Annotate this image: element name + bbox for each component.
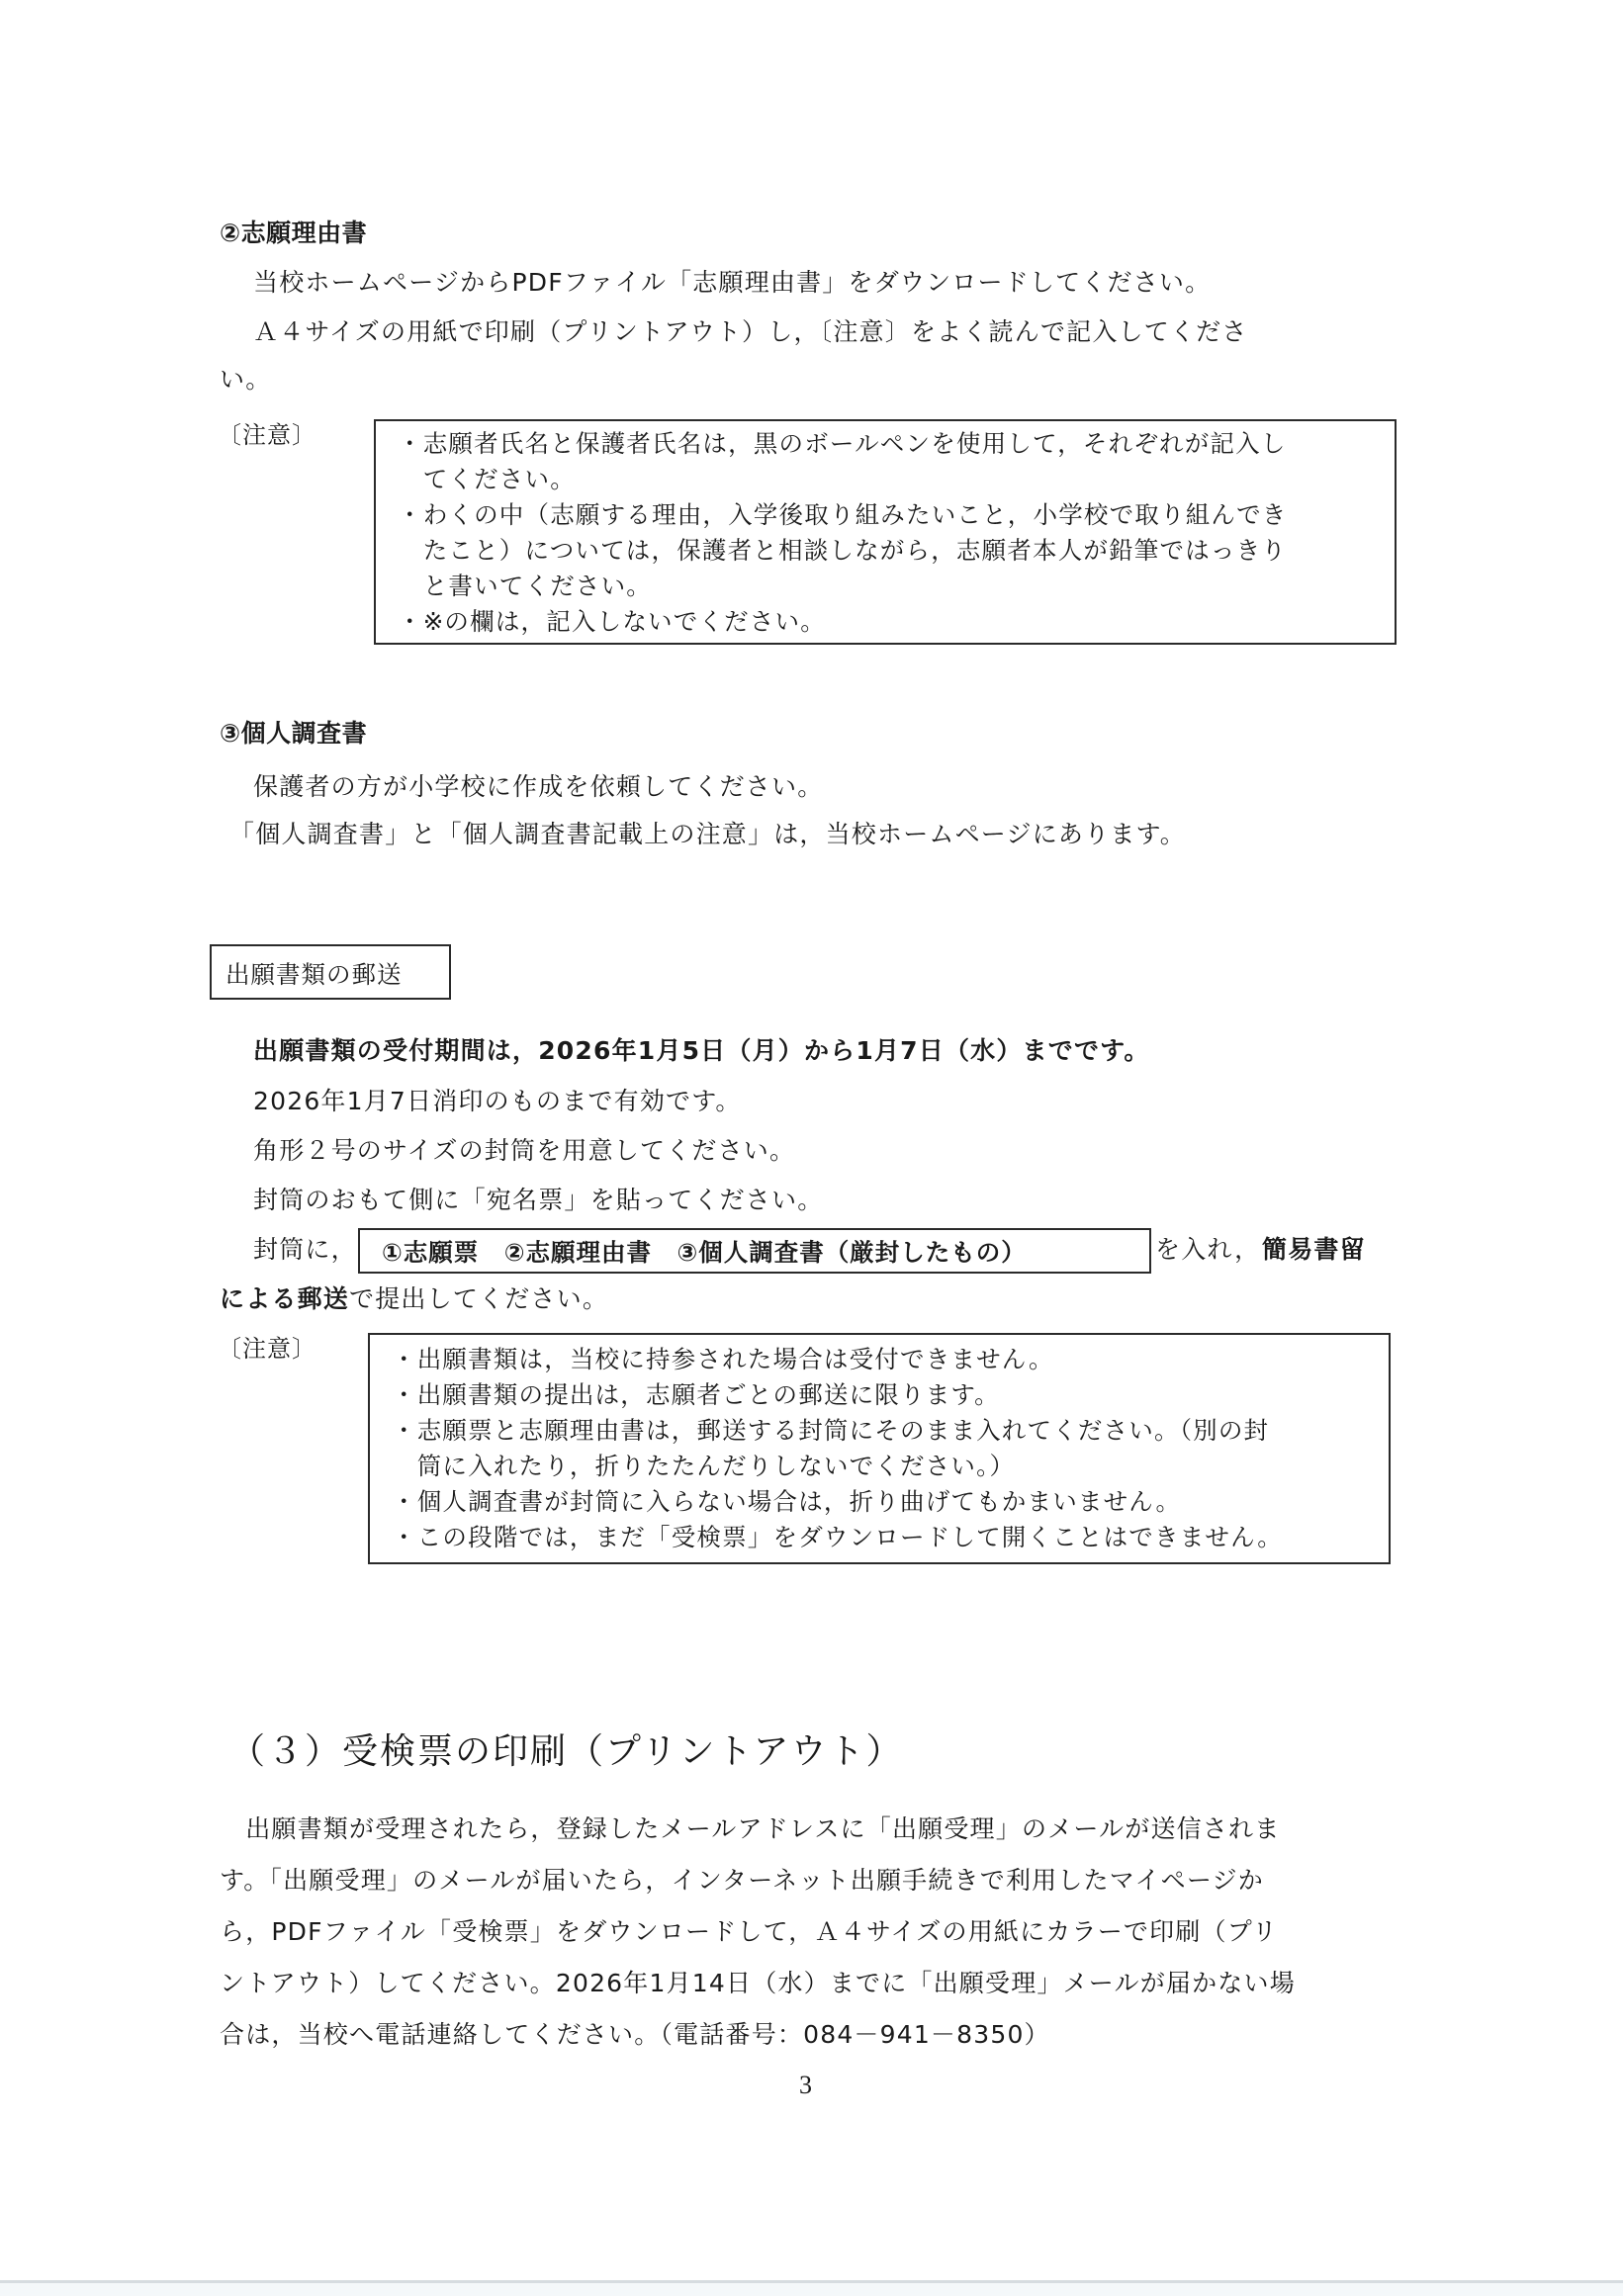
- document-page: ②志願理由書 当校ホームページからPDFファイル「志願理由書」をダウンロードして…: [0, 0, 1623, 2296]
- paragraph-line: 当校ホームページからPDFファイル「志願理由書」をダウンロードしてください。: [253, 265, 1211, 301]
- section-heading-report: ③個人調査書: [220, 714, 367, 750]
- note-line: ・わくの中（志願する理由，入学後取り組みたいこと，小学校で取り組んでき: [398, 496, 1288, 531]
- note-line: ・この段階では，まだ「受検票」をダウンロードして開くことはできません。: [392, 1519, 1283, 1553]
- envelope-contents: ①志願票 ②志願理由書 ③個人調査書（厳封したもの）: [382, 1234, 1027, 1269]
- note-line: ・志願者氏名と保護者氏名は，黒のボールペンを使用して，それぞれが記入し: [398, 425, 1287, 460]
- paragraph-line: Ａ４サイズの用紙で印刷（プリントアウト）し，〔注意〕をよく読んで記入してくださ: [253, 314, 1248, 350]
- submit-text: で提出してください。: [349, 1284, 608, 1313]
- note-line: 筒に入れたり，折りたたんだりしないでください。）: [392, 1448, 1015, 1482]
- note-label: 〔注意〕: [218, 415, 316, 450]
- envelope-line-2: による郵送で提出してください。: [220, 1281, 608, 1317]
- note-line: てください。: [398, 461, 576, 495]
- note-line: ・志願票と志願理由書は，郵送する封筒にそのまま入れてください。（別の封: [392, 1412, 1269, 1447]
- envelope-prefix: 封筒に，: [253, 1232, 357, 1268]
- boxed-heading-mailing: 出願書類の郵送: [210, 944, 451, 1000]
- paragraph-line: 2026年1月7日消印のものまで有効です。: [253, 1084, 742, 1119]
- paragraph-line: ら，PDFファイル「受検票」をダウンロードして，Ａ４サイズの用紙にカラーで印刷（…: [220, 1914, 1278, 1950]
- page-bottom-band: [0, 2283, 1623, 2296]
- boxed-heading-text: 出願書類の郵送: [225, 956, 403, 991]
- acceptance-period: 出願書類の受付期間は，2026年1月5日（月）から1月7日（水）までです。: [253, 1033, 1150, 1069]
- paragraph-line: い。: [220, 362, 271, 397]
- paragraph-line: 「個人調査書」と「個人調査書記載上の注意」は，当校ホームページにあります。: [229, 817, 1186, 852]
- note-line: ・※の欄は，記入しないでください。: [398, 603, 826, 638]
- section-heading-reason: ②志願理由書: [220, 214, 367, 249]
- paragraph-line: 出願書類が受理されたら，登録したメールアドレスに「出願受理」のメールが送信されま: [220, 1811, 1280, 1847]
- note-line: ・出願書類は，当校に持参された場合は受付できません。: [392, 1341, 1054, 1375]
- note-box-reason: ・志願者氏名と保護者氏名は，黒のボールペンを使用して，それぞれが記入し てくださ…: [374, 419, 1397, 645]
- by-post: による郵送: [220, 1284, 349, 1313]
- paragraph-line: 封筒のおもて側に「宛名票」を貼ってください。: [253, 1183, 823, 1218]
- note-line: ・出願書類の提出は，志願者ごとの郵送に限ります。: [392, 1376, 1000, 1411]
- section-heading-print: （３）受検票の印刷（プリントアウト）: [229, 1723, 903, 1774]
- note-line: と書いてください。: [398, 568, 652, 602]
- paragraph-line: 合は，当校へ電話連絡してください。（電話番号：084－941－8350）: [220, 2017, 1050, 2053]
- paragraph-line: 保護者の方が小学校に作成を依頼してください。: [253, 769, 823, 805]
- note-line: たこと）については，保護者と相談しながら，志願者本人が鉛筆ではっきり: [398, 532, 1287, 567]
- paragraph-line: ントアウト）してください。2026年1月14日（水）までに「出願受理」メールが届…: [220, 1966, 1296, 2001]
- note-box-mailing: ・出願書類は，当校に持参された場合は受付できません。 ・出願書類の提出は，志願者…: [368, 1333, 1391, 1564]
- paragraph-line: す。「出願受理」のメールが届いたら，インターネット出願手続きで利用したマイページ…: [220, 1863, 1264, 1899]
- note-label: 〔注意〕: [218, 1329, 316, 1364]
- envelope-suffix: を入れ，: [1155, 1232, 1260, 1268]
- paragraph-line: 角形２号のサイズの封筒を用意してください。: [253, 1133, 795, 1169]
- page-number: 3: [799, 2071, 812, 2100]
- note-line: ・個人調査書が封筒に入らない場合は，折り曲げてもかまいません。: [392, 1483, 1181, 1518]
- registered-mail: 簡易書留: [1262, 1232, 1366, 1268]
- envelope-contents-box: ①志願票 ②志願理由書 ③個人調査書（厳封したもの）: [358, 1228, 1151, 1274]
